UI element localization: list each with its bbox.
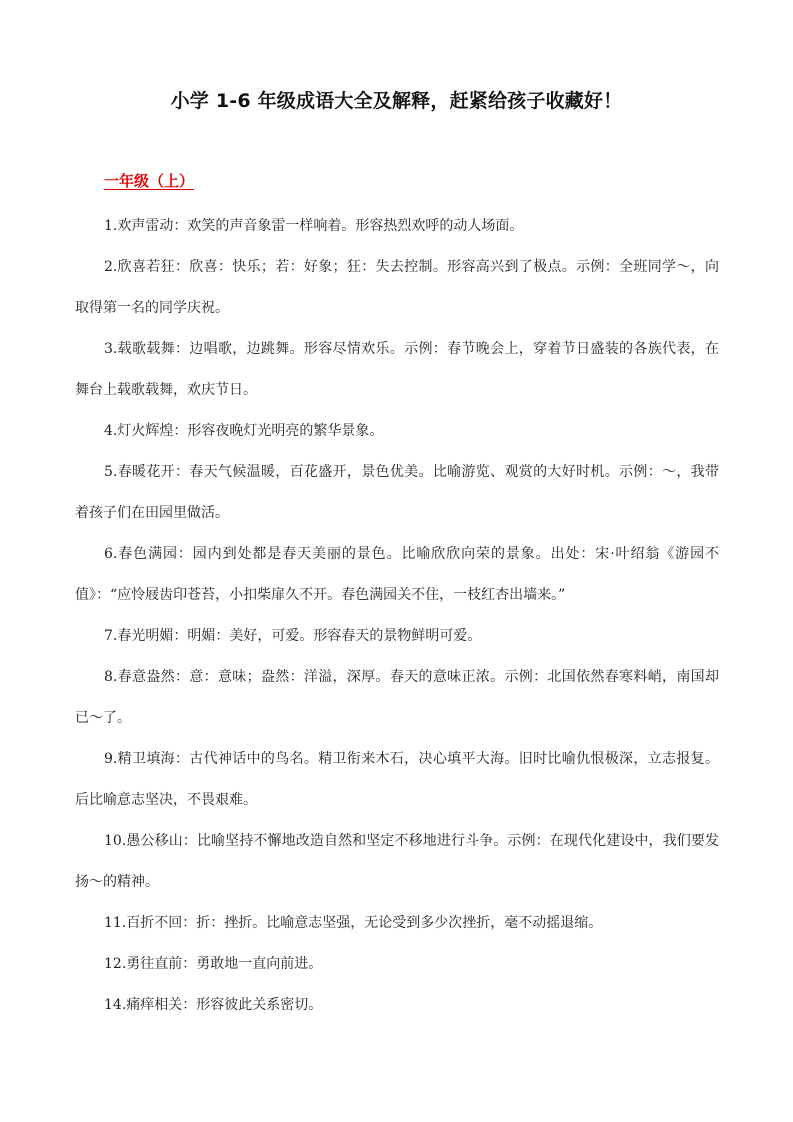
idiom-entry: 3.载歌载舞：边唱歌，边跳舞。形容尽情欢乐。示例：春节晚会上，穿着节日盛装的各族… (75, 329, 719, 411)
idiom-entry: 4.灯火辉煌：形容夜晚灯光明亮的繁华景象。 (75, 411, 719, 452)
idiom-entry: 10.愚公移山：比喻坚持不懈地改造自然和坚定不移地进行斗争。示例：在现代化建设中… (75, 821, 719, 903)
idiom-entry: 1.欢声雷动：欢笑的声音象雷一样响着。形容热烈欢呼的动人场面。 (75, 206, 719, 247)
idiom-list: 1.欢声雷动：欢笑的声音象雷一样响着。形容热烈欢呼的动人场面。 2.欣喜若狂：欣… (75, 206, 719, 1026)
idiom-entry: 8.春意盎然：意：意味；盎然：洋溢，深厚。春天的意味正浓。示例：北国依然春寒料峭… (75, 657, 719, 739)
idiom-entry: 7.春光明媚：明媚：美好，可爱。形容春天的景物鲜明可爱。 (75, 616, 719, 657)
idiom-entry: 14.痛痒相关：形容彼此关系密切。 (75, 985, 719, 1026)
idiom-entry: 2.欣喜若狂：欣喜：快乐；若：好象；狂：失去控制。形容高兴到了极点。示例：全班同… (75, 247, 719, 329)
idiom-entry: 6.春色满园：园内到处都是春天美丽的景色。比喻欣欣向荣的景象。出处：宋·叶绍翁《… (75, 534, 719, 616)
section-heading-grade1-upper: 一年级（上） (104, 170, 194, 191)
idiom-entry: 5.春暖花开：春天气候温暖，百花盛开，景色优美。比喻游览、观赏的大好时机。示例：… (75, 452, 719, 534)
page-title: 小学 1-6 年级成语大全及解释，赶紧给孩子收藏好！ (0, 86, 793, 113)
idiom-entry: 9.精卫填海：古代神话中的鸟名。精卫衔来木石，决心填平大海。旧时比喻仇恨极深，立… (75, 739, 719, 821)
idiom-entry: 11.百折不回：折：挫折。比喻意志坚强，无论受到多少次挫折，毫不动摇退缩。 (75, 903, 719, 944)
idiom-entry: 12.勇往直前：勇敢地一直向前进。 (75, 944, 719, 985)
document-page: 小学 1-6 年级成语大全及解释，赶紧给孩子收藏好！ 一年级（上） 1.欢声雷动… (0, 0, 793, 1122)
